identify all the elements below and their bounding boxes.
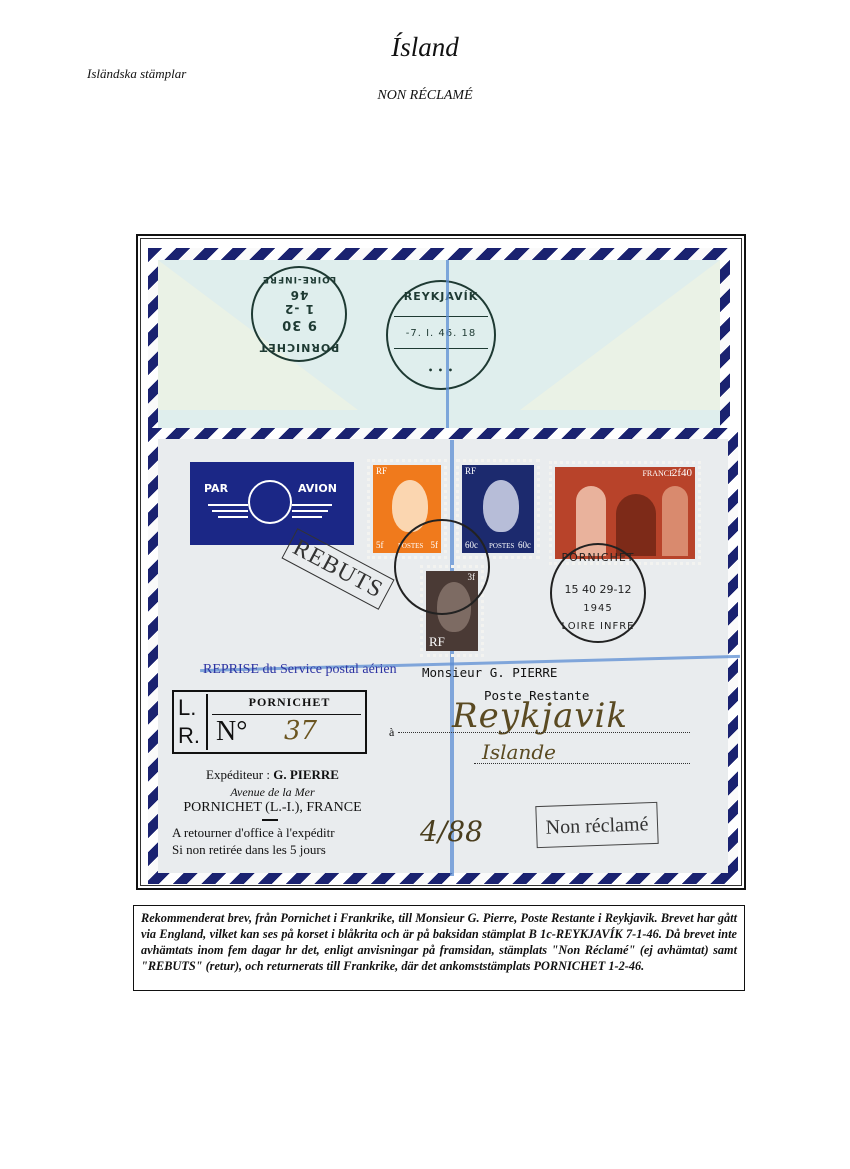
par-avion-label: PAR AVION — [190, 462, 354, 545]
address-line-2 — [474, 763, 690, 764]
address-prefix: à — [389, 725, 394, 740]
page-title: Ísland — [0, 32, 850, 63]
registration-office: PORNICHET — [218, 695, 361, 710]
reprise-imprint: REPRISE du Service postal aérien — [203, 662, 397, 678]
globe-icon — [248, 480, 292, 524]
stamp-saint-denis-crypt: FRANCE 2f40 — [549, 461, 701, 565]
envelope-flap-right — [520, 260, 720, 410]
postmark-pornichet-over-stamps — [394, 519, 490, 615]
registration-label: L.R. PORNICHET N° 37 — [172, 690, 367, 754]
return-instruction-2: Si non retirée dans les 5 jours — [172, 842, 326, 858]
addressee-name: Monsieur G. PIERRE — [422, 665, 557, 680]
blue-crayon-vertical — [450, 440, 454, 876]
sender-street: Avenue de la Mer — [170, 785, 375, 800]
postmark-pornichet-arrival: PORNICHET 9 30 1 -2 46 LOIRE-INFRE — [251, 266, 347, 362]
registration-type: L.R. — [178, 694, 200, 750]
sender-divider — [262, 819, 278, 821]
handwritten-reference: 4/88 — [420, 815, 483, 848]
description-caption: Rekommenderat brev, från Pornichet i Fra… — [133, 905, 745, 991]
sender-city: PORNICHET (L.-I.), FRANCE — [170, 800, 375, 816]
registration-number: 37 — [284, 716, 317, 746]
addressee-country: Islande — [482, 740, 556, 764]
registration-number-label: N° — [216, 716, 247, 748]
addressee-city: Reykjavik — [452, 696, 628, 736]
address-line-1 — [398, 732, 690, 733]
section-label: Isländska stämplar — [87, 66, 186, 82]
postmark-reykjavik: REYKJAVÍK -7. I. 46. 18 • • • — [386, 280, 496, 390]
non-reclame-stamp: Non réclamé — [535, 802, 658, 848]
blue-crayon-line-back — [446, 260, 449, 428]
return-instruction-1: A retourner d'office à l'expéditr — [172, 825, 335, 841]
page-subtitle: NON RÉCLAMÉ — [0, 88, 850, 104]
envelope-back: PORNICHET 9 30 1 -2 46 LOIRE-INFRE REYKJ… — [148, 248, 730, 428]
postmark-pornichet-departure: PORNICHET 15 40 29-12 1945 LOIRE INFRE — [550, 543, 646, 643]
sender-name: Expéditeur : G. PIERRE — [170, 767, 375, 783]
